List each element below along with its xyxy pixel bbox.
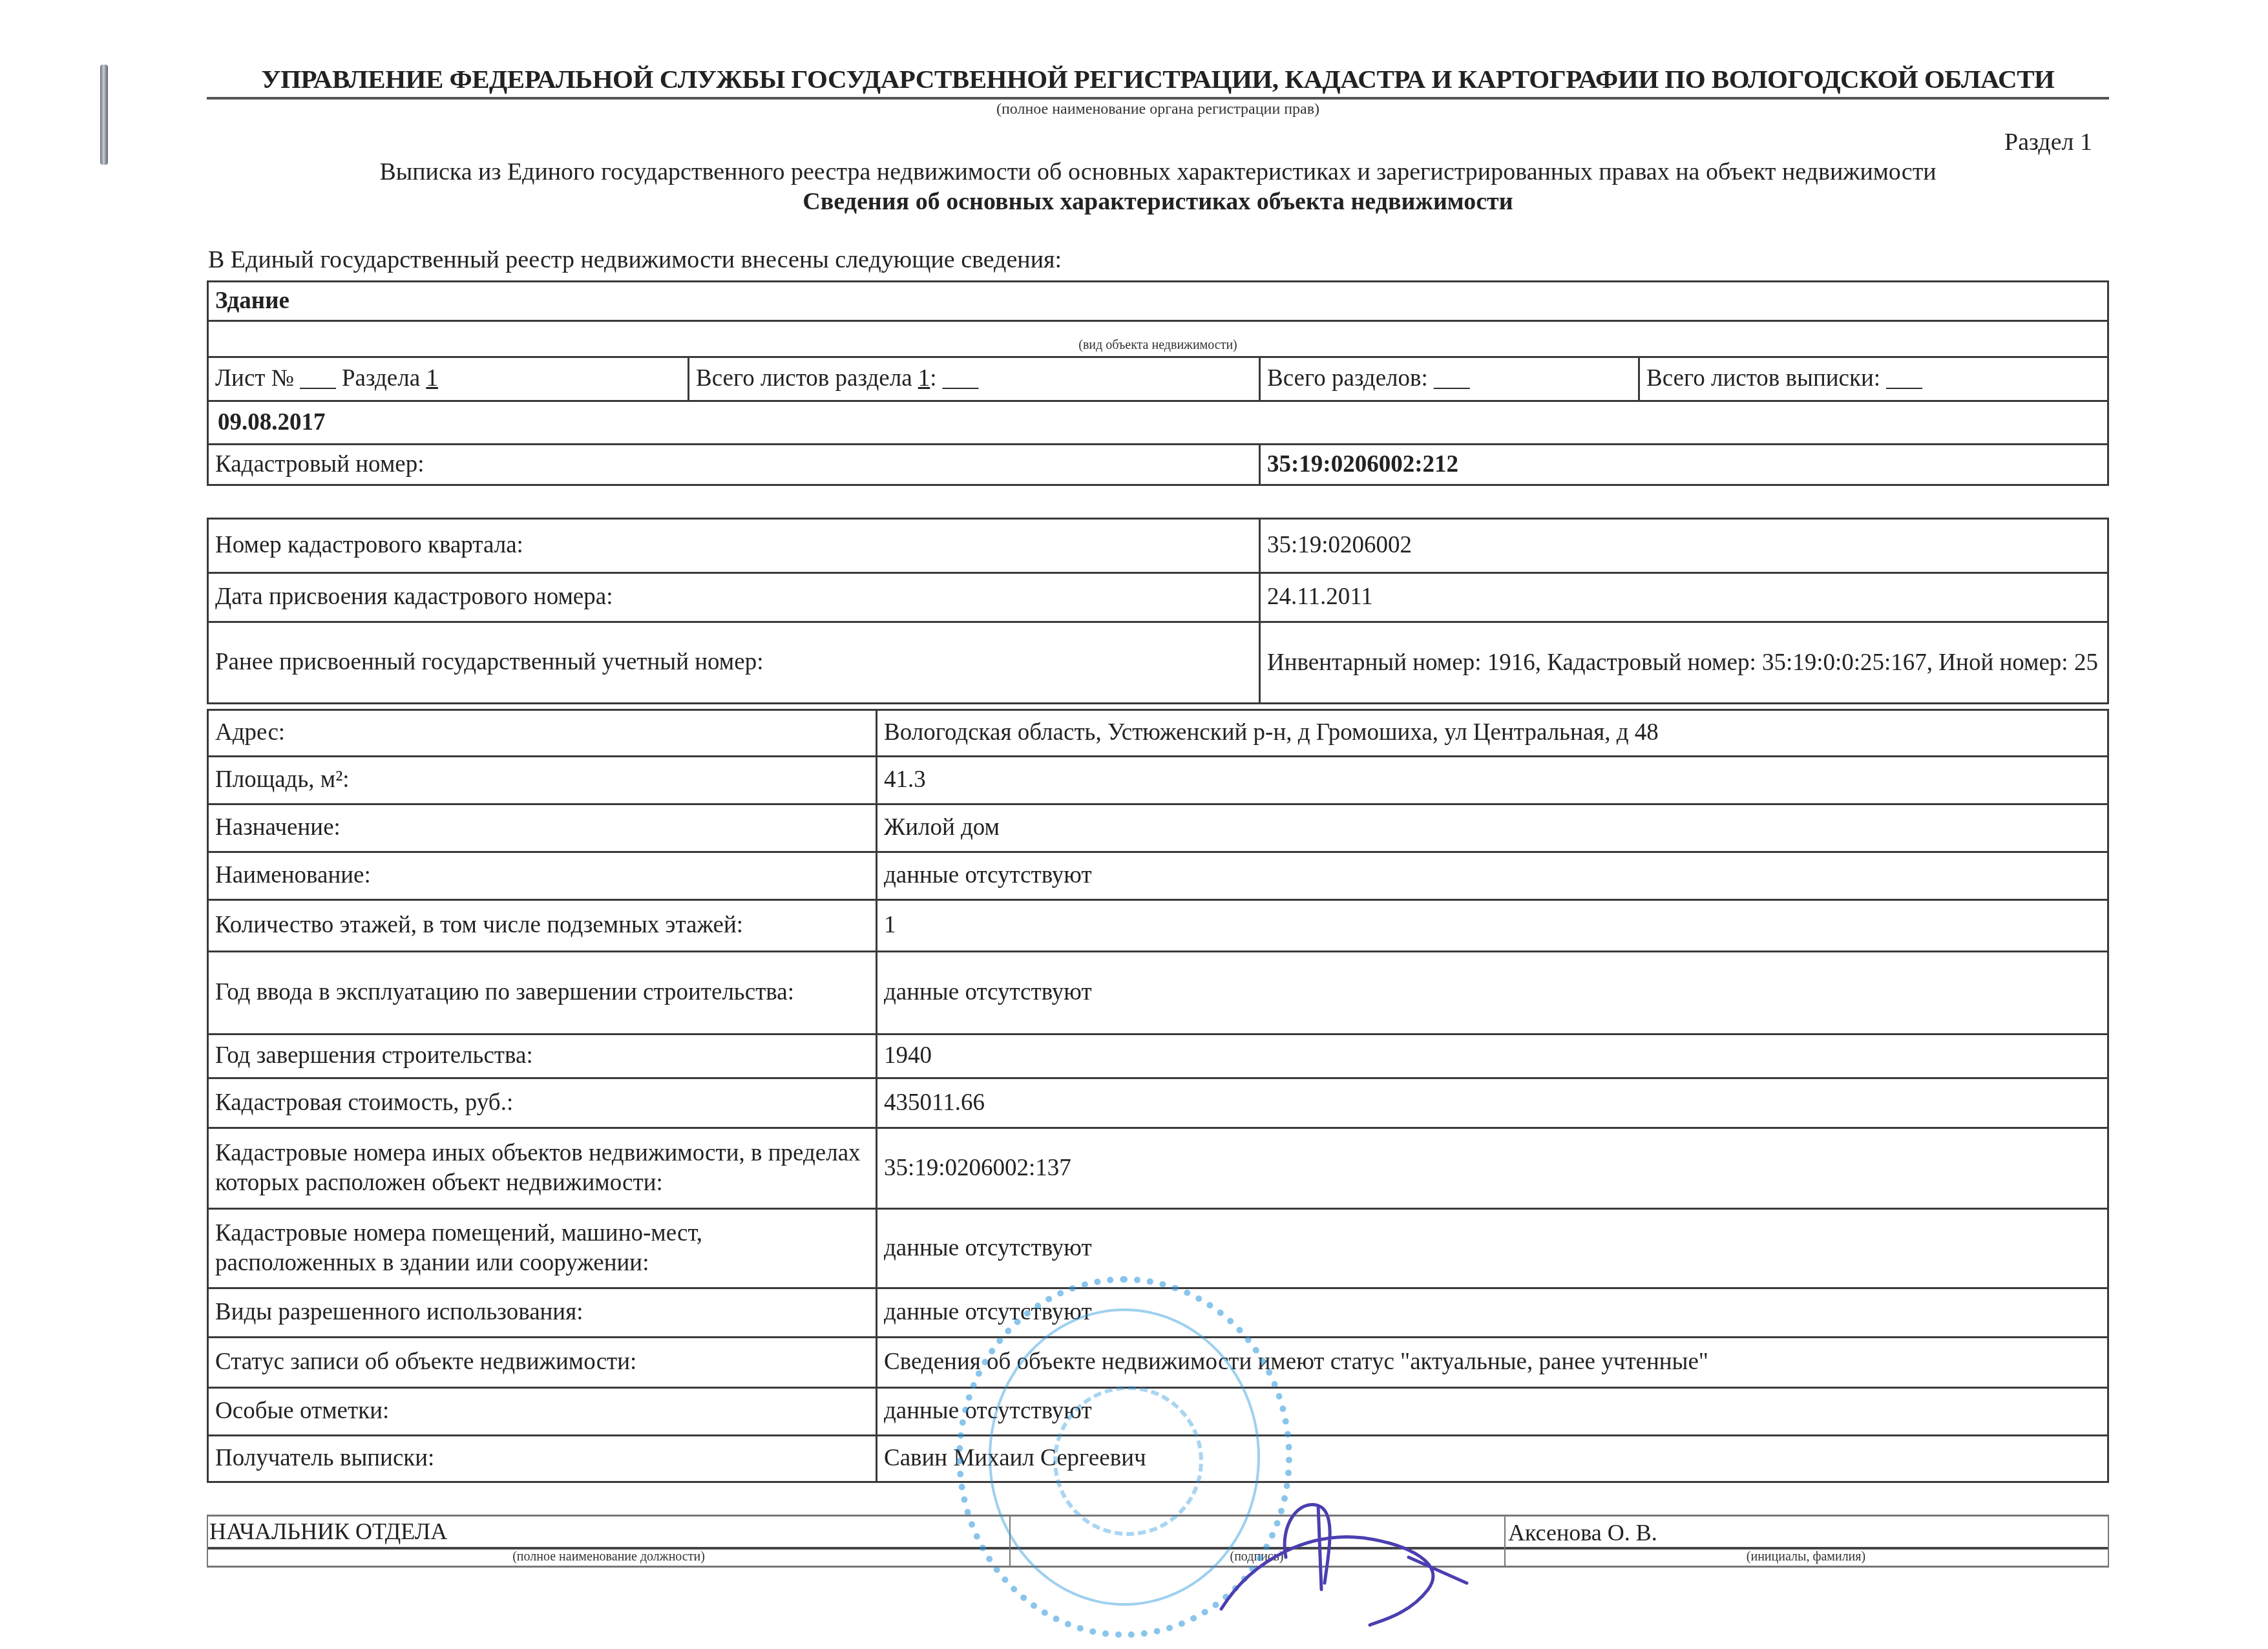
section-label: Раздел 1: [2004, 128, 2092, 156]
row-value: 1940: [876, 1035, 2107, 1077]
row-label: Год ввода в эксплуатацию по завершении с…: [209, 952, 876, 1033]
row-label: Наименование:: [209, 853, 876, 899]
signer-name: Аксенова О. В.: [1508, 1519, 1657, 1546]
row-label: Ранее присвоенный государственный учетны…: [209, 623, 1259, 702]
signature-table: НАЧАЛЬНИК ОТДЕЛА (полное наименование до…: [207, 1515, 2109, 1568]
row-label: Дата присвоения кадастрового номера:: [209, 574, 1259, 621]
sheet-info-row: Лист № ___ Раздела 1 Всего листов раздел…: [209, 356, 2107, 400]
sheet-section-number: 1: [426, 364, 438, 394]
total-sections: Всего разделов: ___: [1259, 358, 1638, 400]
total-sheets-section-value: : ___: [930, 364, 978, 394]
table-row: Номер кадастрового квартала: 35:19:02060…: [209, 520, 2107, 572]
table-row: Кадастровая стоимость, руб.: 435011.66: [209, 1077, 2107, 1127]
row-value: 1: [876, 901, 2107, 951]
cadastral-number-row: Кадастровый номер: 35:19:0206002:212: [209, 443, 2107, 484]
row-label: Назначение:: [209, 805, 876, 851]
object-type-row: Здание: [209, 282, 2107, 320]
row-value: Жилой дом: [876, 805, 2107, 851]
registry-info-table: Номер кадастрового квартала: 35:19:02060…: [207, 518, 2109, 704]
cadastral-number-value: 35:19:0206002:212: [1259, 445, 2107, 484]
row-value: 435011.66: [876, 1079, 2107, 1127]
table-row: Виды разрешенного использования: данные …: [209, 1287, 2107, 1336]
intro-text: В Единый государственный реестр недвижим…: [208, 246, 1062, 274]
table-row: Кадастровые номера помещений, машино-мес…: [209, 1208, 2107, 1287]
position-caption: (полное наименование должности): [208, 1549, 1009, 1564]
table-row: Год ввода в эксплуатацию по завершении с…: [209, 951, 2107, 1033]
row-value: Сведения об объекте недвижимости имеют с…: [876, 1338, 2107, 1387]
row-label: Количество этажей, в том числе подземных…: [209, 901, 876, 951]
organ-caption: (полное наименование органа регистрации …: [207, 101, 2109, 118]
row-value: 35:19:0206002:137: [876, 1129, 2107, 1208]
row-label: Адрес:: [209, 711, 876, 755]
row-value: данные отсутствуют: [876, 1289, 2107, 1336]
total-sheets-section-label: Всего листов раздела: [696, 364, 912, 394]
signer-caption: (инициалы, фамилия): [1504, 1549, 2108, 1564]
date-row: 09.08.2017: [209, 400, 2107, 443]
document-title: Выписка из Единого государственного реес…: [207, 158, 2109, 186]
table-row: Ранее присвоенный государственный учетны…: [209, 621, 2107, 702]
row-value: данные отсутствуют: [876, 952, 2107, 1033]
row-label: Особые отметки:: [209, 1389, 876, 1434]
table-row: Кадастровые номера иных объектов недвижи…: [209, 1127, 2107, 1208]
row-label: Кадастровые номера иных объектов недвижи…: [209, 1129, 876, 1208]
row-label: Номер кадастрового квартала:: [209, 520, 1259, 572]
signature-caption: (подпись): [1009, 1549, 1504, 1564]
organ-name: УПРАВЛЕНИЕ ФЕДЕРАЛЬНОЙ СЛУЖБЫ ГОСУДАРСТВ…: [207, 63, 2109, 94]
table-row: Получатель выписки: Савин Михаил Сергеев…: [209, 1434, 2107, 1481]
position-title: НАЧАЛЬНИК ОТДЕЛА: [209, 1518, 447, 1545]
object-type-caption: (вид объекта недвижимости): [209, 322, 2107, 356]
table-row: Особые отметки: данные отсутствуют: [209, 1387, 2107, 1434]
row-value: 35:19:0206002: [1259, 520, 2107, 572]
sheet-number: Лист № ___ Раздела 1: [209, 358, 688, 400]
row-value: Савин Михаил Сергеевич: [876, 1436, 2107, 1481]
table-row: Количество этажей, в том числе подземных…: [209, 899, 2107, 951]
total-sheets-section: Всего листов раздела 1: ___: [688, 358, 1259, 400]
row-label: Статус записи об объекте недвижимости:: [209, 1338, 876, 1387]
table-row: Адрес: Вологодская область, Устюженский …: [209, 711, 2107, 755]
object-table: Здание (вид объекта недвижимости) Лист №…: [207, 280, 2109, 486]
table-row: Год завершения строительства: 1940: [209, 1033, 2107, 1077]
total-sheets-section-number: 1: [918, 364, 930, 394]
row-label: Кадастровые номера помещений, машино-мес…: [209, 1210, 876, 1287]
table-row: Площадь, м²: 41.3: [209, 755, 2107, 803]
row-label: Виды разрешенного использования:: [209, 1289, 876, 1336]
row-value: данные отсутствуют: [876, 1210, 2107, 1287]
cadastral-number-label: Кадастровый номер:: [209, 445, 1259, 484]
organ-name-underline: [207, 97, 2109, 100]
row-label: Получатель выписки:: [209, 1436, 876, 1481]
sheet-label: Лист № ___ Раздела: [215, 364, 420, 394]
staple-mark: [100, 65, 108, 165]
extract-date: 09.08.2017: [209, 402, 2107, 443]
characteristics-table: Адрес: Вологодская область, Устюженский …: [207, 709, 2109, 1483]
row-label: Год завершения строительства:: [209, 1035, 876, 1077]
document-subtitle: Сведения об основных характеристиках объ…: [207, 187, 2109, 216]
table-row: Назначение: Жилой дом: [209, 803, 2107, 851]
row-value: 41.3: [876, 757, 2107, 803]
row-value: данные отсутствуют: [876, 1389, 2107, 1434]
row-label: Площадь, м²:: [209, 757, 876, 803]
row-value: 24.11.2011: [1259, 574, 2107, 621]
row-label: Кадастровая стоимость, руб.:: [209, 1079, 876, 1127]
total-sheets-extract: Всего листов выписки: ___: [1638, 358, 2107, 400]
row-value: Вологодская область, Устюженский р-н, д …: [876, 711, 2107, 755]
table-row: Наименование: данные отсутствуют: [209, 851, 2107, 899]
row-value: Инвентарный номер: 1916, Кадастровый ном…: [1259, 623, 2107, 702]
table-row: Дата присвоения кадастрового номера: 24.…: [209, 572, 2107, 621]
object-type: Здание: [209, 282, 2107, 320]
table-row: Статус записи об объекте недвижимости: С…: [209, 1336, 2107, 1387]
object-type-caption-row: (вид объекта недвижимости): [209, 320, 2107, 356]
row-value: данные отсутствуют: [876, 853, 2107, 899]
